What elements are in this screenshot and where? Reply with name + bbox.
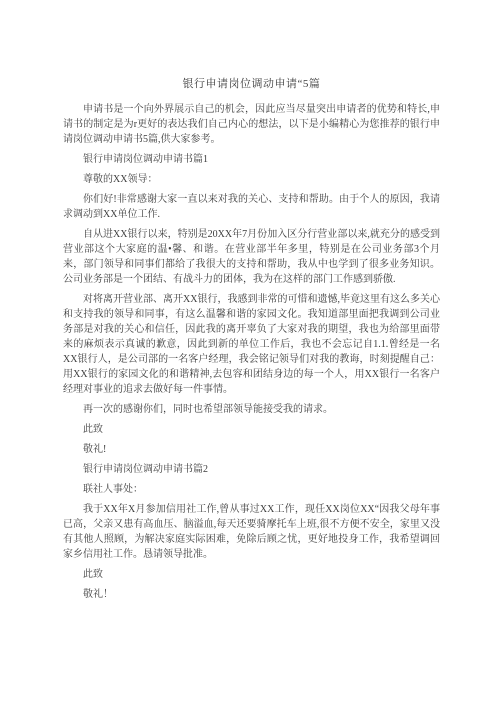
document-page: 银行申请岗位调动申请“5篇 申请书是一个向外界展示自己的机会，因此应当尽量突出申…: [0, 0, 500, 707]
letter1-heading: 银行申请岗位调动申请书篇1: [63, 152, 440, 167]
letter2-closing-jingli: 敬礼！: [63, 587, 440, 602]
letter1-paragraph-3: 对将离开营业部、离开XX银行，我感到非常的可惜和遗憾,毕竟这里有这么多关心和支持…: [63, 292, 440, 397]
letter2-closing-cizhi: 此致: [63, 567, 440, 582]
letter1-paragraph-2: 自从进XX银行以来，特别是20XX年7月份加入区分行营业部以来,就充分的感受到营…: [63, 227, 440, 287]
letter1-closing-jingli: 敬礼!: [63, 442, 440, 457]
letter2-salutation: 联社人事处：: [63, 482, 440, 497]
letter1-closing-cizhi: 此致: [63, 422, 440, 437]
letter2-paragraph-1: 我于XX年X月参加信用社工作,曾从事过XX工作，现任XX岗位XX“因我父母年事已…: [63, 502, 440, 562]
letter1-paragraph-1: 你们好!非常感谢大家一直以来对我的关心、支持和帮助。由于个人的原因，我请求调动到…: [63, 192, 440, 222]
letter1-paragraph-4: 再一次的感谢你们，同时也希望部领导能接受我的请求。: [63, 402, 440, 417]
letter1-salutation: 尊敬的XX领导：: [63, 172, 440, 187]
intro-paragraph: 申请书是一个向外界展示自己的机会，因此应当尽量突出申请者的优势和特长,申请书的制…: [63, 102, 440, 147]
letter2-heading: 银行申请岗位调动申请书篇2: [63, 462, 440, 477]
document-title: 银行申请岗位调动申请“5篇: [63, 77, 440, 92]
